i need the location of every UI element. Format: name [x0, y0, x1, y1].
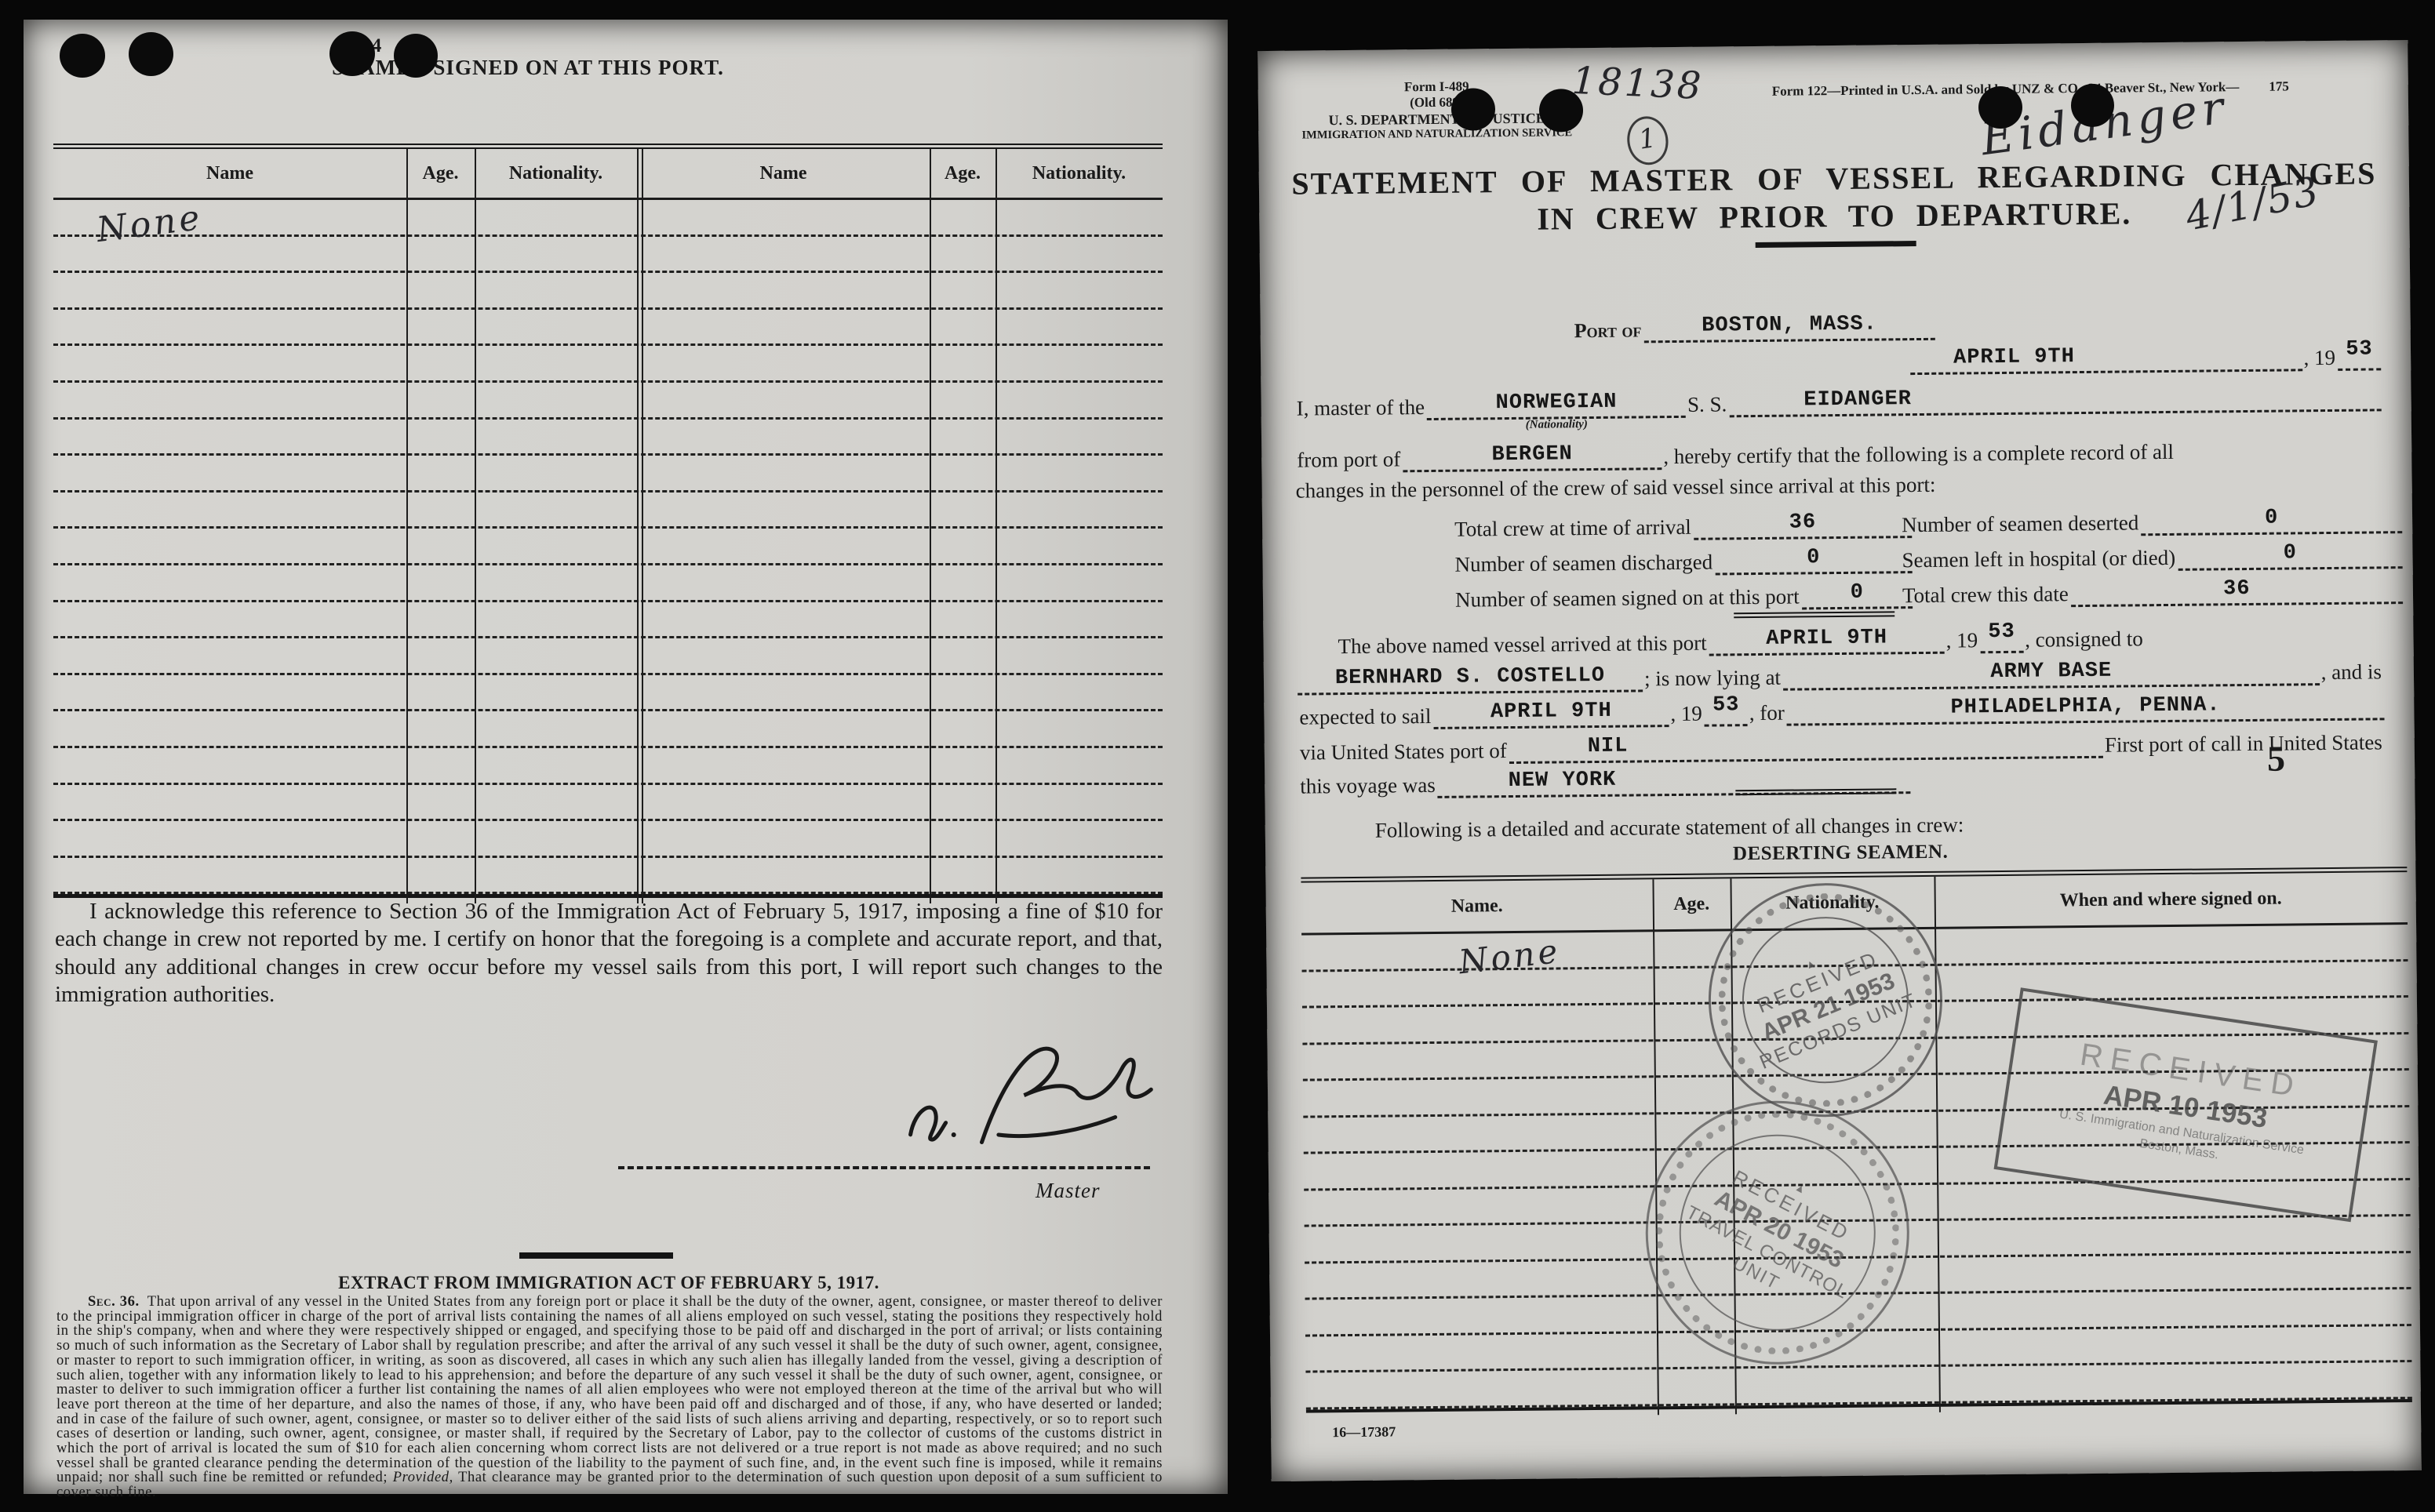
ss-label: S. S.	[1686, 392, 1730, 418]
signature-line	[618, 1166, 1150, 1169]
year-prefix: , 19	[2302, 346, 2338, 371]
agency-block: Form I-489 (Old 689) U. S. DEPARTMENT OF…	[1301, 78, 1573, 143]
column-divider	[475, 149, 476, 903]
stat-label: Total crew this date	[1901, 582, 2071, 609]
column-header-signed-on: When and where signed on.	[1935, 887, 2408, 913]
handwritten-mark-5: 5	[2267, 738, 2286, 780]
arrival-text: , consigned to	[2023, 627, 2146, 653]
punch-hole	[1451, 88, 1496, 131]
from-port-label: from port of	[1295, 447, 1403, 473]
extract-lead: Sec. 36.	[88, 1294, 140, 1310]
punch-hole	[129, 32, 173, 76]
stat-label: Number of seamen signed on at this port	[1454, 584, 1802, 612]
arrival-text: expected to sail	[1298, 704, 1433, 731]
extract-body: That upon arrival of any vessel in the U…	[56, 1294, 1163, 1485]
master-signature	[879, 1039, 1161, 1169]
section-divider	[1734, 611, 1894, 618]
year-field: 53	[2338, 338, 2381, 371]
year-field: 53	[1705, 694, 1748, 727]
stat-value-field: 0	[1715, 541, 1913, 575]
plate-number: 16—17387	[1332, 1423, 1396, 1441]
column-divider	[930, 149, 931, 903]
extract-provided: Provided,	[393, 1470, 453, 1485]
left-page: 4 SEAMEN SIGNED ON AT THIS PORT. Name Ag…	[24, 20, 1228, 1494]
left-page-heading: SEAMEN SIGNED ON AT THIS PORT.	[230, 56, 826, 80]
extract-heading: EXTRACT FROM IMMIGRATION ACT OF FEBRUARY…	[133, 1273, 1084, 1293]
arrival-text: The above named vessel arrived at this p…	[1336, 631, 1709, 660]
consignee-field: BERNHARD S. COSTELLO	[1298, 660, 1643, 695]
deserting-seamen-table: Name. Age. Nationality. When and where s…	[1301, 867, 2412, 1419]
acknowledgment-paragraph: I acknowledge this reference to Section …	[55, 898, 1163, 1009]
arrival-text: First port of call in United States	[2103, 730, 2385, 758]
stat-value-field: 0	[1801, 576, 1913, 609]
port-field: BOSTON, MASS.	[1643, 308, 1935, 343]
year-field: 53	[1980, 621, 2023, 654]
stat-label: Number of seamen discharged	[1453, 550, 1715, 577]
punch-hole	[329, 31, 375, 76]
section-divider	[519, 1252, 673, 1259]
column-header-nationality-2: Nationality.	[995, 163, 1163, 184]
via-port-field: NIL	[1509, 726, 2103, 764]
master-label: I, master of the	[1295, 395, 1428, 422]
stat-value-field: 36	[1694, 506, 1913, 540]
column-divider	[406, 149, 408, 903]
column-header-name-2: Name	[637, 163, 930, 184]
title-underline	[1756, 241, 1916, 248]
arrival-text: via United States port of	[1298, 739, 1509, 766]
following-line: Following is a detailed and accurate sta…	[1375, 812, 1964, 842]
stat-hospital: Seamen left in hospital (or died) 0	[1900, 536, 2402, 573]
printer-number: 175	[2269, 78, 2289, 94]
arrival-text: , for	[1748, 701, 1787, 727]
service-line: IMMIGRATION AND NATURALIZATION SERVICE	[1301, 127, 1572, 144]
arrival-text: this voyage was	[1298, 773, 1438, 800]
master-line: I, master of the NORWEGIAN (Nationality)…	[1294, 379, 2381, 421]
column-header-nationality: Nationality.	[1731, 891, 1935, 914]
master-label: Master	[1036, 1179, 1101, 1203]
date-line: APRIL 9TH , 19 53	[1910, 338, 2381, 375]
column-header-name: Name	[53, 163, 406, 184]
stat-discharged: Number of seamen discharged 0	[1453, 541, 1912, 578]
arrival-text: , and is	[2320, 660, 2385, 685]
year-prefix: , 19	[1944, 628, 1980, 653]
from-port-line: from port of BERGEN , hereby certify tha…	[1295, 431, 2382, 473]
punch-hole	[2071, 84, 2115, 128]
section-divider	[1735, 788, 1896, 795]
date-field: APRIL 9TH	[1910, 339, 2302, 375]
punch-hole	[1539, 89, 1584, 133]
stat-label: Total crew at time of arrival	[1453, 515, 1694, 543]
lying-at-field: ARMY BASE	[1783, 653, 2320, 691]
arrival-text: ; is now lying at	[1643, 666, 1783, 692]
year-prefix: , 19	[1669, 702, 1705, 727]
sail-date-field: APRIL 9TH	[1433, 695, 1669, 729]
center-divider	[637, 149, 639, 903]
center-divider	[642, 149, 643, 903]
stat-value-field: 0	[2178, 536, 2403, 571]
stat-value-field: 36	[2071, 572, 2404, 607]
handwritten-number: 18138	[1571, 59, 1705, 108]
table-blank-rows	[1301, 925, 2412, 1412]
stat-label: Seamen left in hospital (or died)	[1900, 546, 2178, 573]
stat-label: Number of seamen deserted	[1900, 511, 2141, 538]
column-header-nationality: Nationality.	[475, 163, 637, 184]
stat-total-date: Total crew this date 36	[1901, 572, 2403, 609]
punch-hole	[1978, 86, 2023, 129]
vessel-field: EIDANGER	[1729, 379, 2382, 417]
stat-total-arrival: Total crew at time of arrival 36	[1453, 506, 1912, 543]
extract-paragraph: Sec. 36.That upon arrival of any vessel …	[56, 1295, 1163, 1500]
port-line: Port of BOSTON, MASS.	[1572, 308, 1935, 343]
arrival-line-1: The above named vessel arrived at this p…	[1336, 617, 2383, 660]
certify-text: , hereby certify that the following is a…	[1662, 440, 2176, 470]
column-header-age-2: Age.	[930, 163, 995, 184]
arrival-date-field: APRIL 9TH	[1709, 622, 1944, 656]
column-header-name: Name.	[1301, 894, 1653, 918]
nationality-field: NORWEGIAN (Nationality)	[1427, 386, 1686, 420]
column-header-age: Age.	[1653, 893, 1731, 915]
arrival-line-4: via United States port of NIL First port…	[1298, 723, 2385, 765]
column-divider	[995, 149, 997, 903]
seamen-signed-table: Name Age. Nationality. Name Age. Nationa…	[53, 144, 1163, 903]
stat-deserted: Number of seamen deserted 0	[1900, 501, 2402, 538]
nationality-sublabel: (Nationality)	[1427, 417, 1686, 433]
from-port-field: BERGEN	[1403, 438, 1662, 472]
handwritten-circled-number: 1	[1624, 114, 1672, 168]
certify-continuation: changes in the personnel of the crew of …	[1296, 473, 1936, 503]
column-header-age: Age.	[406, 163, 475, 184]
port-label: Port of	[1573, 318, 1644, 343]
punch-hole	[60, 34, 105, 78]
scanned-document: 4 SEAMEN SIGNED ON AT THIS PORT. Name Ag…	[0, 0, 2435, 1512]
stat-signed-on: Number of seamen signed on at this port …	[1454, 576, 1913, 613]
stat-value-field: 0	[2141, 501, 2402, 536]
punch-hole	[394, 34, 438, 78]
right-page: Form I-489 (Old 689) U. S. DEPARTMENT OF…	[1258, 40, 2421, 1481]
destination-field: PHILADELPHIA, PENNA.	[1787, 688, 2385, 725]
